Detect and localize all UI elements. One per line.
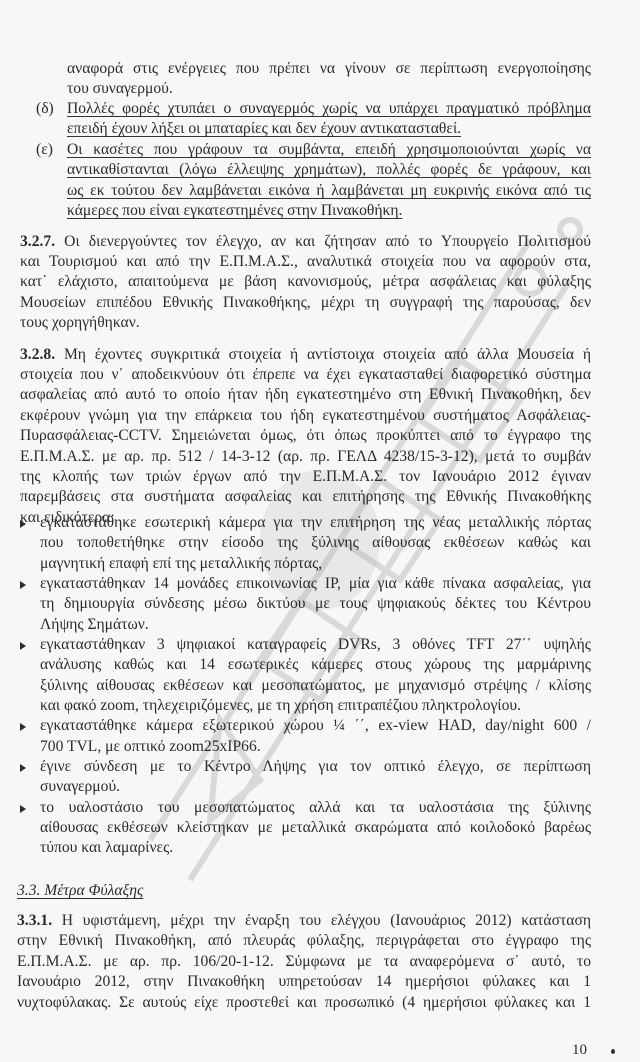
text-line: παρεμβάσεις στα συστήματα ασφαλείας και … [20,487,591,507]
bullet-arrow-icon [20,723,26,731]
bullet-line: εγκαταστάθηκε εσωτερική κάμερα για την ε… [40,513,591,533]
bullet-arrow-icon [20,642,26,650]
text-line: Ε.Π.Μ.Α.Σ. με αρ. πρ. 512 / 14-3-12 (αρ.… [20,447,591,467]
text-line: τους χορηγήθηκαν. [20,313,140,333]
text-line: νυχτοφύλακας. Σε αυτούς είχε προστεθεί κ… [17,993,591,1013]
bullet-line: τη δημιουργία σύνδεσης μέσω δικτύου με τ… [40,594,591,614]
bullet-line: και φακό zoom, τηλεχειριζόμενες, με τη χ… [40,696,521,716]
paragraph-number: 3.3.1. [17,912,52,929]
scan-speck [611,1049,615,1054]
text-line: εκφέρουν γνώμη για την επάρκεια του ήδη … [20,406,591,426]
underlined-line: επειδή έχουν λήξει οι μπαταρίες και δεν … [67,119,461,139]
bullet-line: μαγνητική επαφή επί της μεταλλικής πόρτα… [40,554,322,574]
list-label-delta: (δ) [36,99,54,119]
text-line: του συναγερμού. [67,79,173,99]
bullet-line: Λήψης Σημάτων. [40,615,149,635]
bullet-line: εγκαταστάθηκαν 3 ψηφιακοί καταγραφείς DV… [40,635,591,655]
underlined-line: Πολλές φορές χτυπάει ο συναγερμός χωρίς … [67,99,591,119]
text-line: και Τουρισμού και από την Ε.Π.Μ.Α.Σ., αν… [20,252,591,272]
list-label-epsilon: (ε) [36,140,53,160]
paragraph-3-3-1: 3.3.1. Η υφιστάμενη, μέχρι την έναρξη το… [17,911,591,931]
bullet-line: ανάλυσης καθώς και 14 εσωτερικές κάμερες… [40,655,591,675]
text-line: Ιανουάριο 2012, στην Πινακοθήκη υπηρετού… [17,972,591,992]
scanned-document-page: αναφορά στις ενέργειες που πρέπει να γίν… [0,0,640,1062]
bullet-line: εγκαταστάθηκαν 14 μονάδες επικοινωνίας I… [40,574,591,594]
bullet-line: το υαλοστάσιο του μεσοπατώματος αλλά και… [40,798,591,818]
bullet-line: τύπου και λαμαρίνες. [40,838,173,858]
bullet-arrow-icon [20,764,26,772]
bullet-line: εγκαταστάθηκε κάμερα εξωτερικού χώρου ¼ … [40,716,591,736]
text-line: Πυρασφάλειας-CCTV. Σημειώνεται όμως, ότι… [20,426,591,446]
bullet-line: συναγερμού. [40,777,120,797]
text-line: στοιχεία που ν΄ αποδεικνύουν ότι έπρεπε … [20,365,591,385]
paragraph-number: 3.2.8. [20,346,55,363]
underlined-line: Οι κασέτες που γράφουν τα συμβάντα, επει… [67,140,591,160]
text-line: κατ΄ ελάχιστο, απαιτούμενα με βάση κανον… [20,272,591,292]
bullet-line: αίθουσας εκθέσεων κλείστηκαν με μεταλλικ… [40,818,591,838]
page-number: 10 [572,1040,587,1060]
bullet-line: 700 TVL, με οπτικό zoom25xIP66. [40,737,261,757]
text-line: ασφαλείας από αυτό το οποίο ήταν ήδη εγκ… [20,385,591,405]
underlined-line: ως εκ τούτου δεν λαμβάνεται εικόνα ή λαμ… [67,181,591,201]
text-line: της κλοπής των τριών έργων από την Ε.Π.Μ… [20,467,591,487]
text-line: στην Εθνική Πινακοθήκη, από πλευράς φύλα… [17,931,591,951]
bullet-line: έγινε σύνδεση με το Κέντρο Λήψης για τον… [40,757,591,777]
paragraph-3-2-8: 3.2.8. Μη έχοντες συγκριτικά στοιχεία ή … [20,345,591,365]
bullet-line: ξύλινης αίθουσας εκθέσεων και μεσοπατώμα… [40,676,591,696]
paragraph-3-2-7: 3.2.7. Οι διενεργούντες τον έλεγχο, αν κ… [20,232,591,252]
text-line: αναφορά στις ενέργειες που πρέπει να γίν… [67,59,591,79]
bullet-line: που τοποθετήθηκε στην είσοδο της ξύλινης… [40,533,591,553]
paragraph-number: 3.2.7. [20,233,55,250]
text-line: Ε.Π.Μ.Α.Σ. με αρ. πρ. 106/20-1-12. Σύμφω… [17,952,591,972]
underlined-line: κάμερες που είναι εγκατεστημένες στην Πι… [67,201,402,221]
bullet-arrow-icon [20,805,26,813]
underlined-line: αντικαθίστανται (λόγω έλλειψης χρημάτων)… [67,160,591,180]
bullet-arrow-icon [20,520,26,528]
text-line: Μουσείων επιπέδου Εθνικής Πινακοθήκης, μ… [20,293,591,313]
section-heading-3-3: 3.3. Μέτρα Φύλαξης [17,881,143,901]
bullet-arrow-icon [20,581,26,589]
